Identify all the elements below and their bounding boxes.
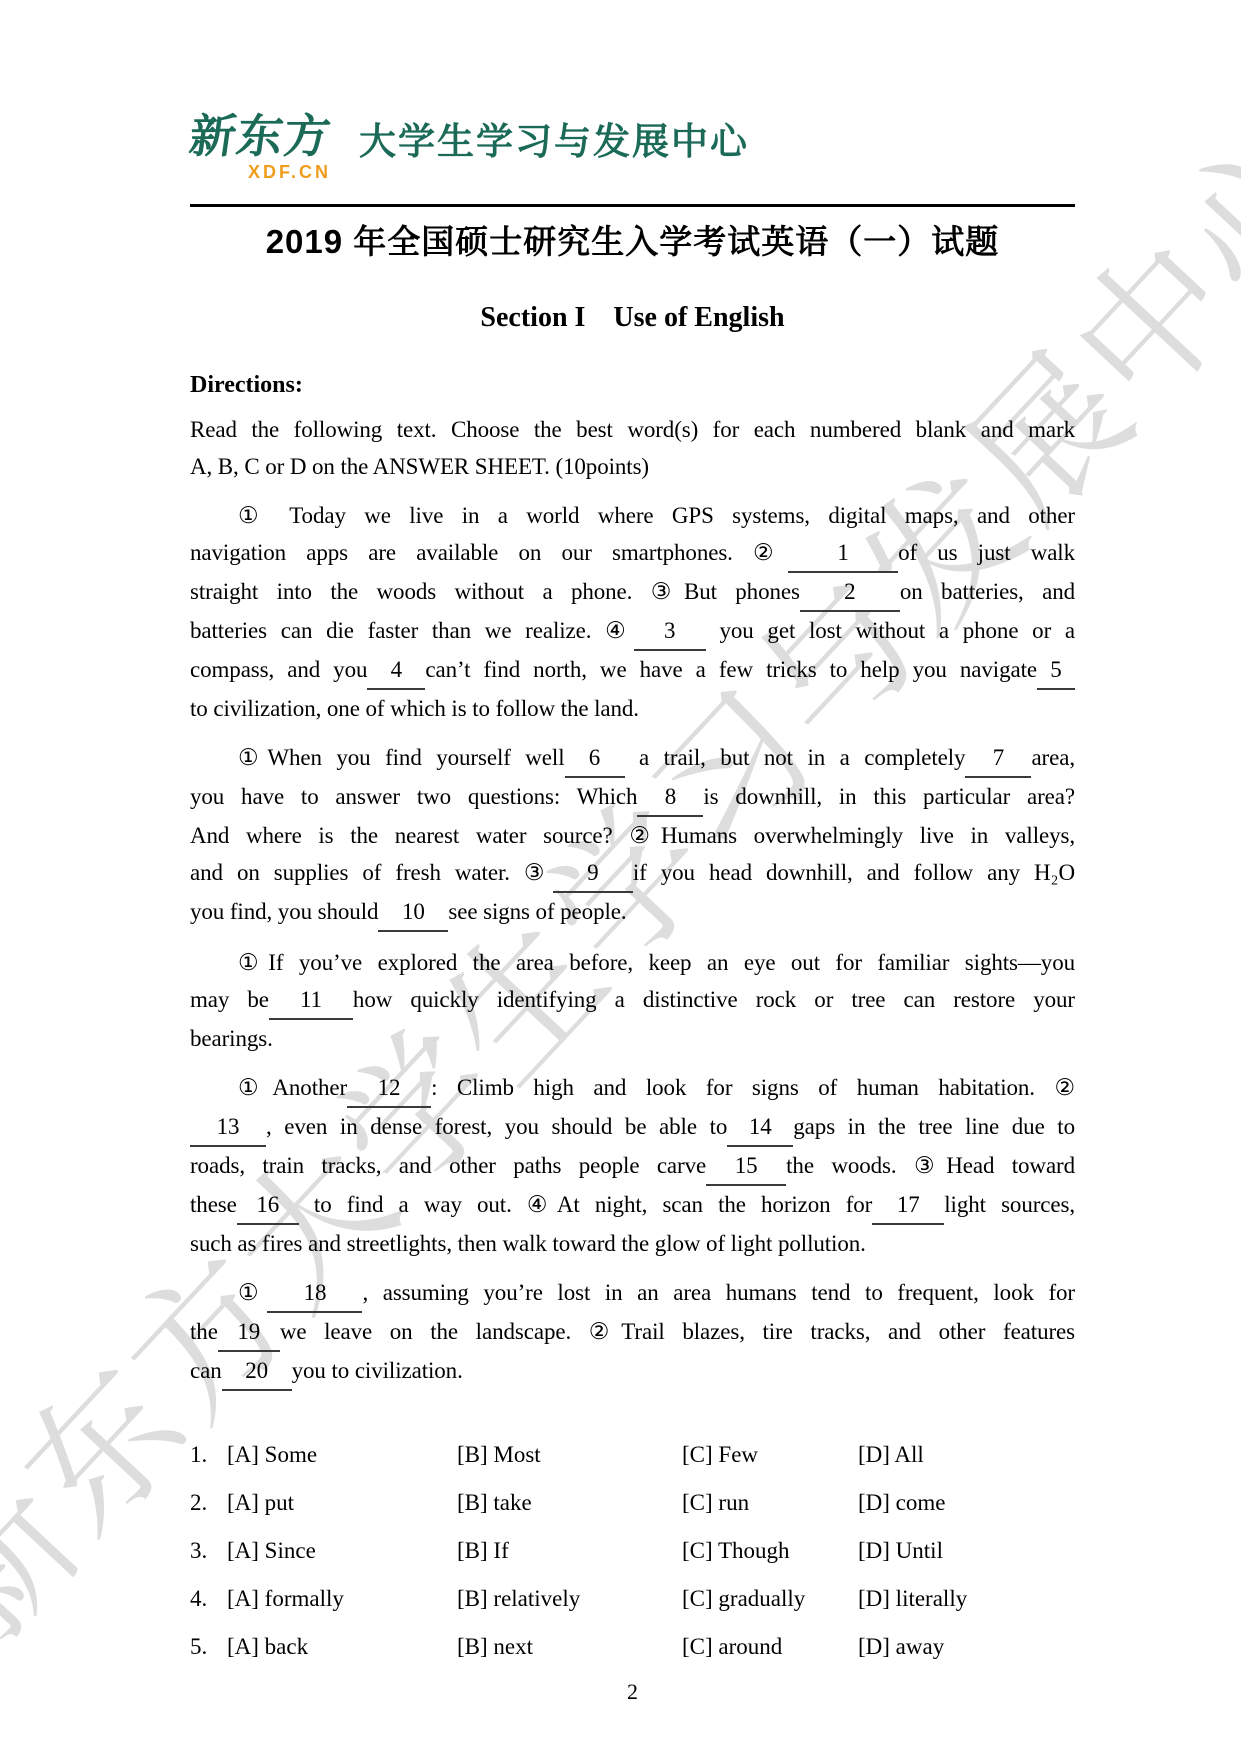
option-cell: [B] relatively <box>457 1575 682 1623</box>
passage-paragraph: ① Today we live in a world where GPS sys… <box>190 497 1075 727</box>
text-line: ①18, assuming you’re lost in an area hum… <box>190 1274 1075 1313</box>
blank-7: 7 <box>965 739 1031 778</box>
blank-19: 19 <box>218 1313 280 1352</box>
blank-13: 13 <box>190 1108 266 1147</box>
directions-label: Directions: <box>190 371 1075 399</box>
question-row: 2.[A] put[B] take[C] run[D] come <box>190 1479 1075 1527</box>
option-cell: [D] come <box>858 1479 1075 1527</box>
text-line: these16 to find a way out. ④At night, sc… <box>190 1186 1075 1225</box>
blank-18: 18 <box>267 1274 362 1313</box>
exam-page: 新东方大学生学习与发展中心 新东方 XDF.CN 大学生学习与发展中心 2019… <box>0 0 1241 1754</box>
blank-5: 5 <box>1037 651 1075 690</box>
page-title: 2019 年全国硕士研究生入学考试英语（一）试题 <box>190 221 1075 263</box>
blank-16: 16 <box>237 1186 299 1225</box>
text-line: such as fires and streetlights, then wal… <box>190 1225 1075 1262</box>
blank-14: 14 <box>727 1108 793 1147</box>
option-cell: [A] put <box>227 1479 457 1527</box>
option-cell: [B] Most <box>457 1431 682 1479</box>
xdf-logo: 新东方 XDF.CN <box>190 112 331 182</box>
page-number: 2 <box>190 1679 1075 1705</box>
text-line: roads, train tracks, and other paths peo… <box>190 1147 1075 1186</box>
text-line: you find, you should10see signs of peopl… <box>190 893 1075 932</box>
option-cell: [A] formally <box>227 1575 457 1623</box>
option-cell: [C] Though <box>682 1527 858 1575</box>
text-line: batteries can die faster than we realize… <box>190 612 1075 651</box>
header-divider <box>190 204 1075 207</box>
text-line: to civilization, one of which is to foll… <box>190 690 1075 727</box>
text-line: the19we leave on the landscape. ②Trail b… <box>190 1313 1075 1352</box>
question-number: 1. <box>190 1431 227 1479</box>
blank-6: 6 <box>565 739 625 778</box>
text-line: ①If you’ve explored the area before, kee… <box>190 944 1075 981</box>
text-line: 13, even in dense forest, you should be … <box>190 1108 1075 1147</box>
option-cell: [D] Until <box>858 1527 1075 1575</box>
question-number: 4. <box>190 1575 227 1623</box>
blank-10: 10 <box>378 893 448 932</box>
text-line: A, B, C or D on the ANSWER SHEET. (10poi… <box>190 448 1075 485</box>
logo-wordmark: 新东方 <box>187 112 335 160</box>
option-cell: [B] take <box>457 1479 682 1527</box>
option-cell: [C] Few <box>682 1431 858 1479</box>
passage-paragraph: ①When you find yourself well6 a trail, b… <box>190 739 1075 932</box>
passage-paragraph: ①If you’ve explored the area before, kee… <box>190 944 1075 1057</box>
text-line: you have to answer two questions: Which8… <box>190 778 1075 817</box>
option-cell: [D] literally <box>858 1575 1075 1623</box>
text-line: compass, and you4can’t find north, we ha… <box>190 651 1075 690</box>
text-line: Read the following text. Choose the best… <box>190 411 1075 448</box>
question-number: 2. <box>190 1479 227 1527</box>
passage-paragraph: ①Another12: Climb high and look for sign… <box>190 1069 1075 1262</box>
question-row: 1.[A] Some[B] Most[C] Few[D] All <box>190 1431 1075 1479</box>
page-content: 新东方 XDF.CN 大学生学习与发展中心 2019 年全国硕士研究生入学考试英… <box>0 0 1241 1705</box>
text-line: may be11how quickly identifying a distin… <box>190 981 1075 1020</box>
question-row: 5.[A] back[B] next[C] around[D] away <box>190 1623 1075 1671</box>
text-line: can20you to civilization. <box>190 1352 1075 1391</box>
question-row: 4.[A] formally[B] relatively[C] graduall… <box>190 1575 1075 1623</box>
option-cell: [A] Some <box>227 1431 457 1479</box>
text-line: ①Another12: Climb high and look for sign… <box>190 1069 1075 1108</box>
blank-4: 4 <box>367 651 425 690</box>
blank-12: 12 <box>347 1069 431 1108</box>
section-heading: Section I Use of English <box>190 301 1075 335</box>
blank-8: 8 <box>637 778 703 817</box>
option-cell: [D] away <box>858 1623 1075 1671</box>
option-cell: [D] All <box>858 1431 1075 1479</box>
brand-header: 新东方 XDF.CN 大学生学习与发展中心 <box>190 112 1075 190</box>
text-line: And where is the nearest water source? ②… <box>190 817 1075 854</box>
text-line: ① Today we live in a world where GPS sys… <box>190 497 1075 534</box>
option-cell: [C] run <box>682 1479 858 1527</box>
option-cell: [C] around <box>682 1623 858 1671</box>
blank-20: 20 <box>222 1352 292 1391</box>
text-line: and on supplies of fresh water. ③9if you… <box>190 854 1075 893</box>
passage-paragraph: ①18, assuming you’re lost in an area hum… <box>190 1274 1075 1391</box>
question-number: 5. <box>190 1623 227 1671</box>
blank-3: 3 <box>634 612 706 651</box>
blank-2: 2 <box>800 573 900 612</box>
logo-tagline: 大学生学习与发展中心 <box>359 118 749 166</box>
logo-url-text: XDF.CN <box>248 162 331 182</box>
option-cell: [B] If <box>457 1527 682 1575</box>
text-line: navigation apps are available on our sma… <box>190 534 1075 573</box>
option-cell: [B] next <box>457 1623 682 1671</box>
passage: ① Today we live in a world where GPS sys… <box>190 497 1075 1391</box>
blank-15: 15 <box>706 1147 786 1186</box>
text-line: bearings. <box>190 1020 1075 1057</box>
question-number: 3. <box>190 1527 227 1575</box>
blank-17: 17 <box>872 1186 944 1225</box>
blank-1: 1 <box>788 534 898 573</box>
option-cell: [C] gradually <box>682 1575 858 1623</box>
question-list: 1.[A] Some[B] Most[C] Few[D] All2.[A] pu… <box>190 1431 1075 1671</box>
directions-text: Read the following text. Choose the best… <box>190 411 1075 485</box>
text-line: ①When you find yourself well6 a trail, b… <box>190 739 1075 778</box>
blank-9: 9 <box>553 854 633 893</box>
option-cell: [A] back <box>227 1623 457 1671</box>
text-line: straight into the woods without a phone.… <box>190 573 1075 612</box>
question-row: 3.[A] Since[B] If[C] Though[D] Until <box>190 1527 1075 1575</box>
blank-11: 11 <box>269 981 353 1020</box>
option-cell: [A] Since <box>227 1527 457 1575</box>
